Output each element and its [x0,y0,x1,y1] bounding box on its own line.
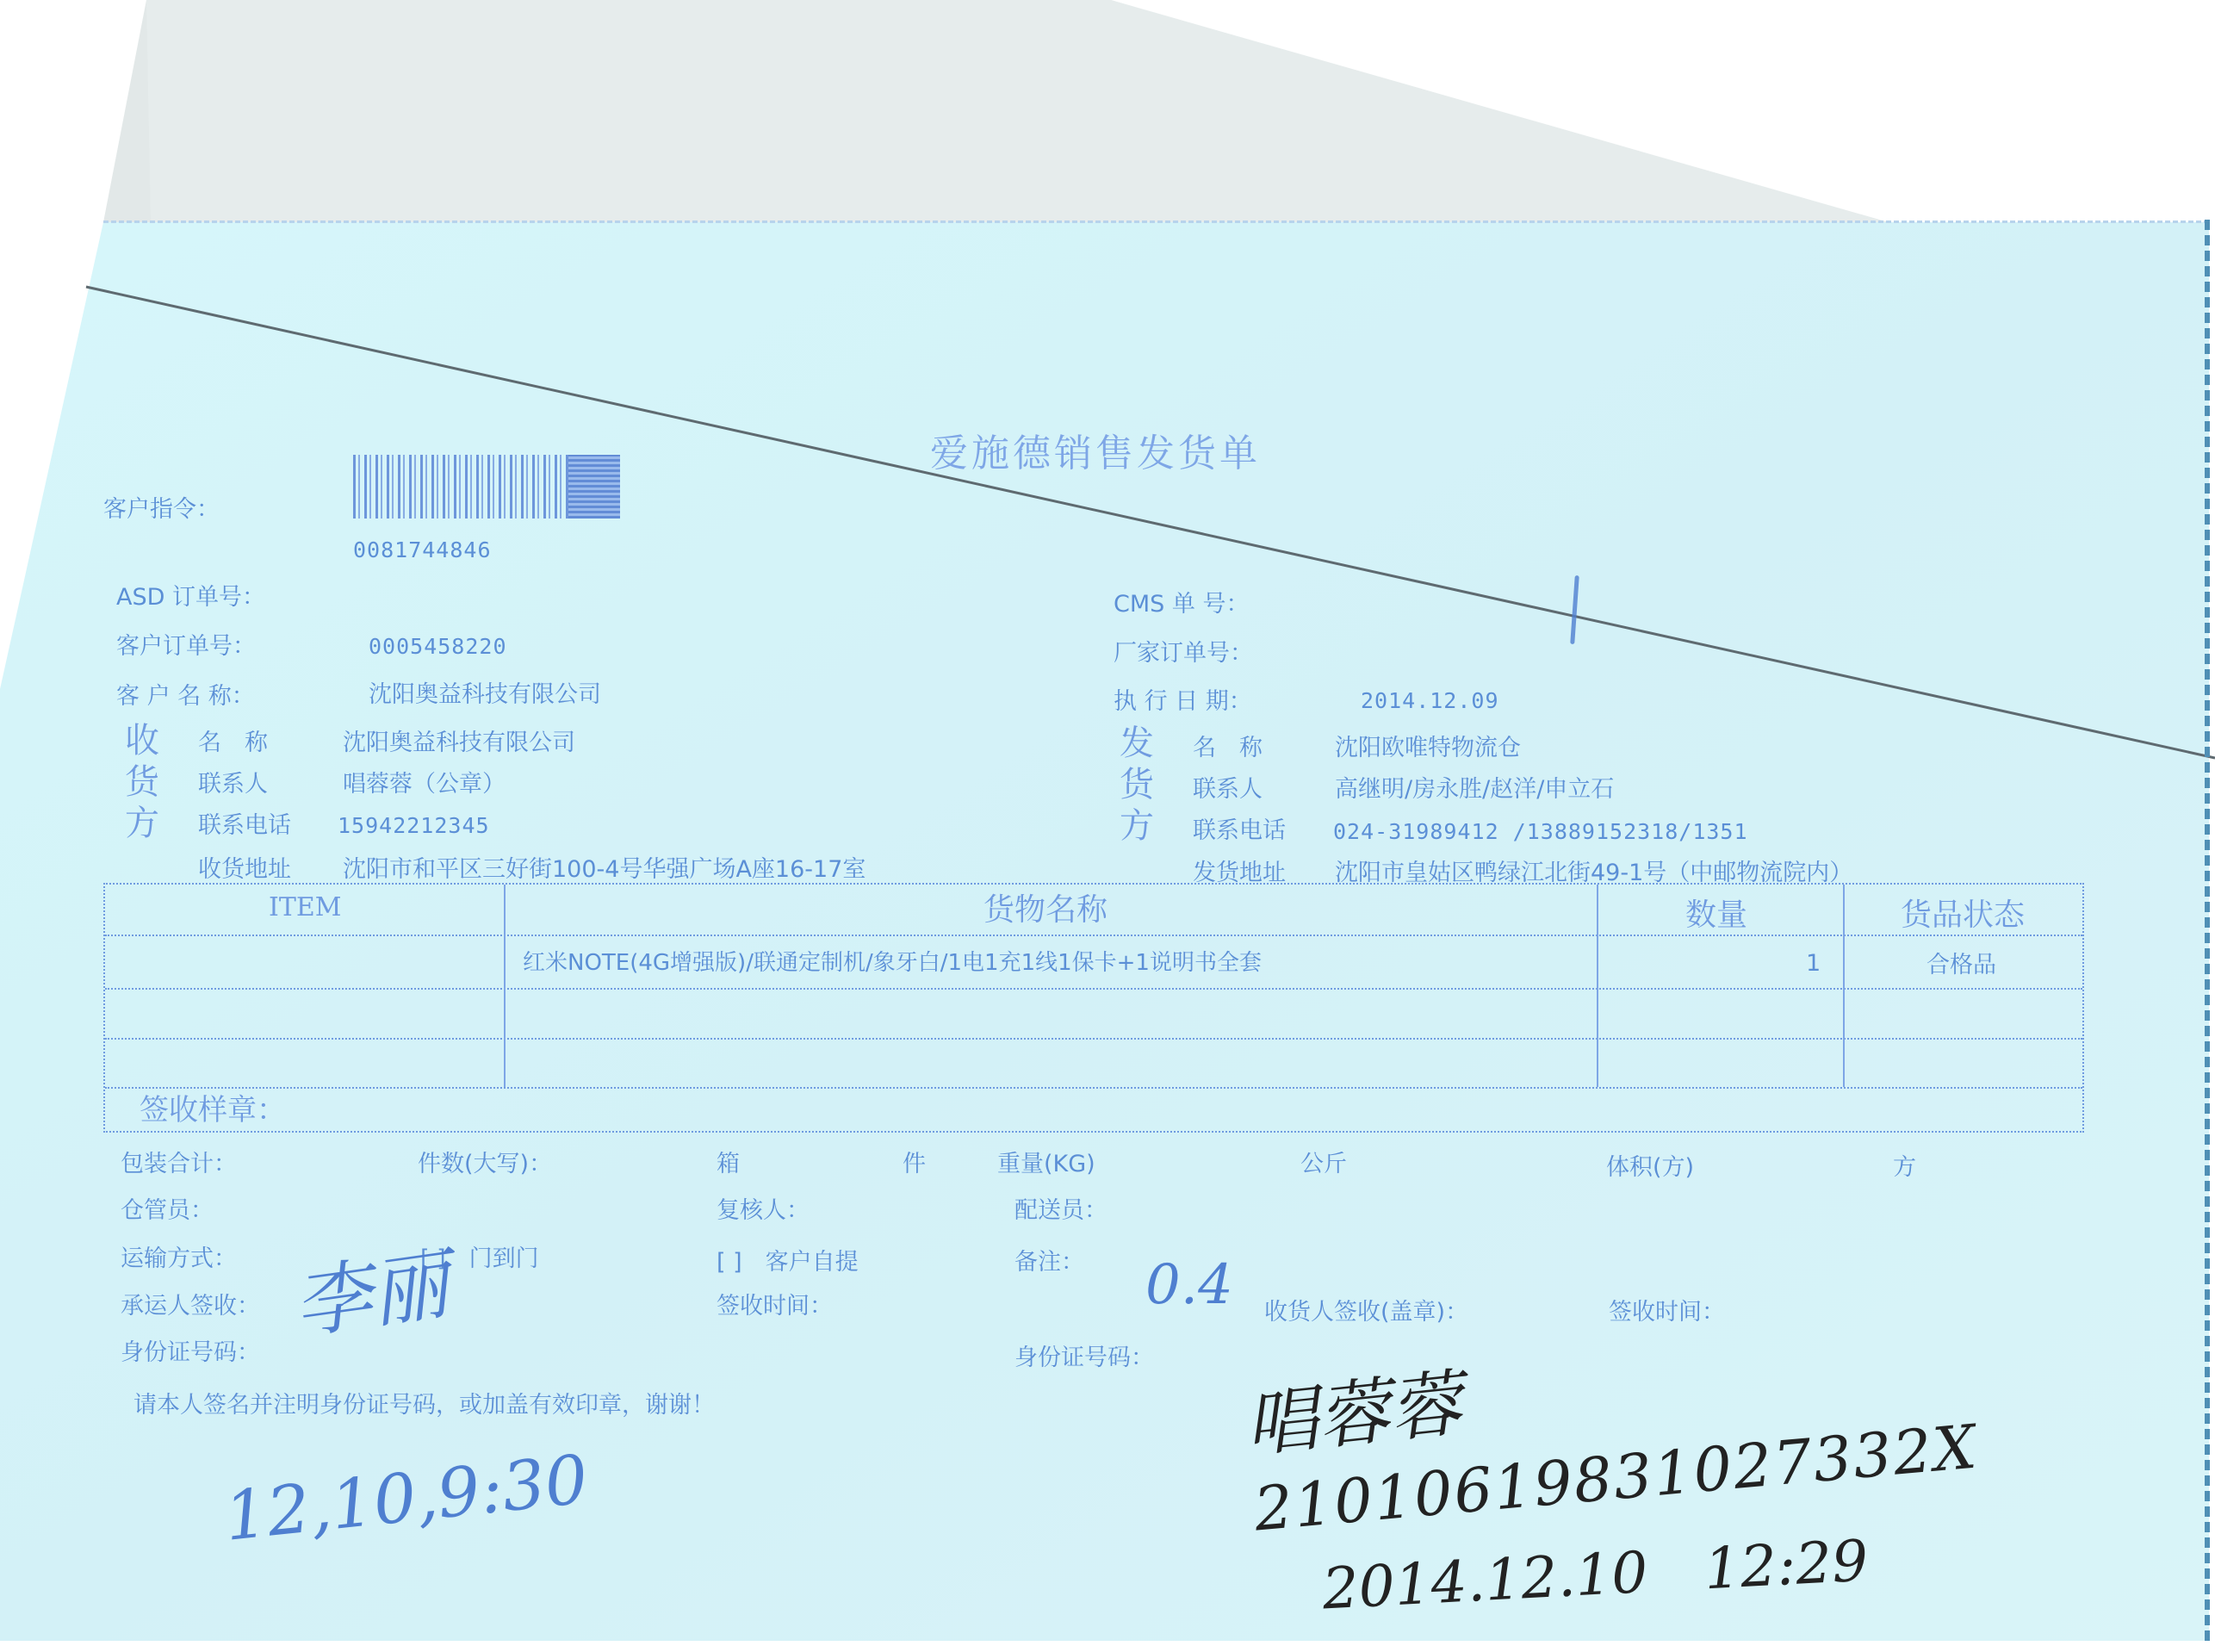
delivery-person-label: 配送员： [1014,1199,1107,1222]
reviewer-label: 复核人： [717,1199,810,1222]
shipper-address-value: 沈阳市皇姑区鸭绿江北街49-1号（中邮物流院内） [1335,861,1852,885]
table-header-quantity: 数量 [1685,900,1747,931]
customer-order-label: 客户订单号： [116,635,256,658]
shipper-side-char: 发 [1120,726,1154,761]
signature-notice: 请本人签名并注明身份证号码，或加盖有效印章，谢谢！ [133,1394,715,1417]
shipper-name-label: 名 称 [1193,736,1263,760]
shipper-contact-label: 联系人 [1193,778,1263,801]
consignee-contact-label: 联系人 [198,773,268,796]
consignee-sign-label: 收货人签收(盖章)： [1264,1301,1468,1324]
customer-order-value: 0005458220 [369,636,507,657]
warehouse-keeper-label: 仓管员： [121,1199,214,1222]
packaging-total-label: 包装合计： [121,1152,237,1176]
remark-note: 0.4 [1145,1253,1233,1317]
perforation-right [2205,220,2210,1641]
row-status: 合格品 [1926,953,1996,977]
shipper-side-char: 货 [1120,767,1154,802]
carrier-sign-label: 承运人签收： [121,1295,260,1318]
consignee-name-label: 名 称 [198,731,268,755]
execution-date-label: 执 行 日 期： [1114,690,1252,713]
customer-name-label: 客 户 名 称： [116,685,255,708]
table-column-divider [1843,885,1845,1087]
table-divider [105,988,2082,990]
option-customer-pickup[interactable]: [ ] 客户自提 [717,1251,859,1274]
consignee-address-value: 沈阳市和平区三好街100-4号华强广场A座16-17室 [343,858,866,881]
table-header-status: 货品状态 [1901,900,2025,931]
table-header-goods-name: 货物名称 [983,895,1107,926]
perforation-top [103,220,2209,223]
id-number-label-left: 身份证号码： [121,1341,260,1364]
manufacturer-order-label: 厂家订单号： [1114,642,1253,665]
goods-table: ITEM 货物名称 数量 货品状态 红米NOTE(4G增强版)/联通定制机/象牙… [103,883,2084,1133]
volume-unit: 方 [1893,1156,1916,1179]
execution-date-value: 2014.12.09 [1361,690,1499,711]
pieces-caps-label: 件数(大写)： [418,1152,552,1176]
asd-order-label: ASD 订单号： [116,586,265,609]
consignee-phone-label: 联系电话 [198,814,291,837]
shipper-contact-value: 高继明/房永胜/赵洋/申立石 [1335,778,1614,801]
remarks-label: 备注： [1014,1251,1084,1274]
barcode-number: 0081744846 [353,539,492,561]
weight-label: 重量(KG) [997,1152,1095,1176]
row-quantity: 1 [1806,952,1821,975]
shipper-address-label: 发货地址 [1193,861,1286,885]
document-title: 爱施德销售发货单 [930,435,1261,473]
weight-unit: 公斤 [1300,1152,1347,1176]
consignee-address-label: 收货地址 [198,858,291,881]
shipper-name-value: 沈阳欧唯特物流仓 [1335,736,1521,760]
table-column-divider [504,885,506,1087]
customer-instruction-label: 客户指令： [103,498,220,521]
volume-label: 体积(方) [1606,1156,1694,1179]
table-divider [105,935,2082,936]
cms-number-label: CMS 单 号： [1114,593,1249,616]
row-goods-name: 红米NOTE(4G增强版)/联通定制机/象牙白/1电1充1线1保卡+1说明书全套 [523,952,1262,974]
sign-time-label: 签收时间： [717,1295,833,1318]
customer-name-value: 沈阳奥益科技有限公司 [369,683,601,706]
shipper-side-char: 方 [1120,809,1154,843]
barcode [353,455,620,519]
table-divider [105,1087,2082,1089]
signature-stamp-label: 签收样章： [140,1096,286,1125]
consignee-side-char: 方 [125,806,159,841]
shipper-phone-value: 024-31989412 /13889152318/1351 [1333,821,1748,842]
table-divider [105,1038,2082,1040]
consignee-side-char: 货 [125,765,159,799]
carrier-signature: 李丽 [286,1221,455,1354]
box-unit: 箱 [717,1152,740,1176]
piece-unit: 件 [903,1152,926,1176]
consignee-name-value: 沈阳奥益科技有限公司 [343,731,575,755]
id-number-label-right: 身份证号码： [1014,1346,1154,1369]
shipper-phone-label: 联系电话 [1193,819,1286,842]
table-column-divider [1597,885,1598,1087]
consignee-side-char: 收 [125,724,159,758]
consignee-sign-time-label: 签收时间： [1609,1301,1725,1324]
consignee-phone-value: 15942212345 [338,815,490,836]
transport-method-label: 运输方式： [121,1247,237,1270]
consignee-contact-value: 唱蓉蓉（公章） [343,773,506,796]
table-header-item: ITEM [269,895,341,921]
